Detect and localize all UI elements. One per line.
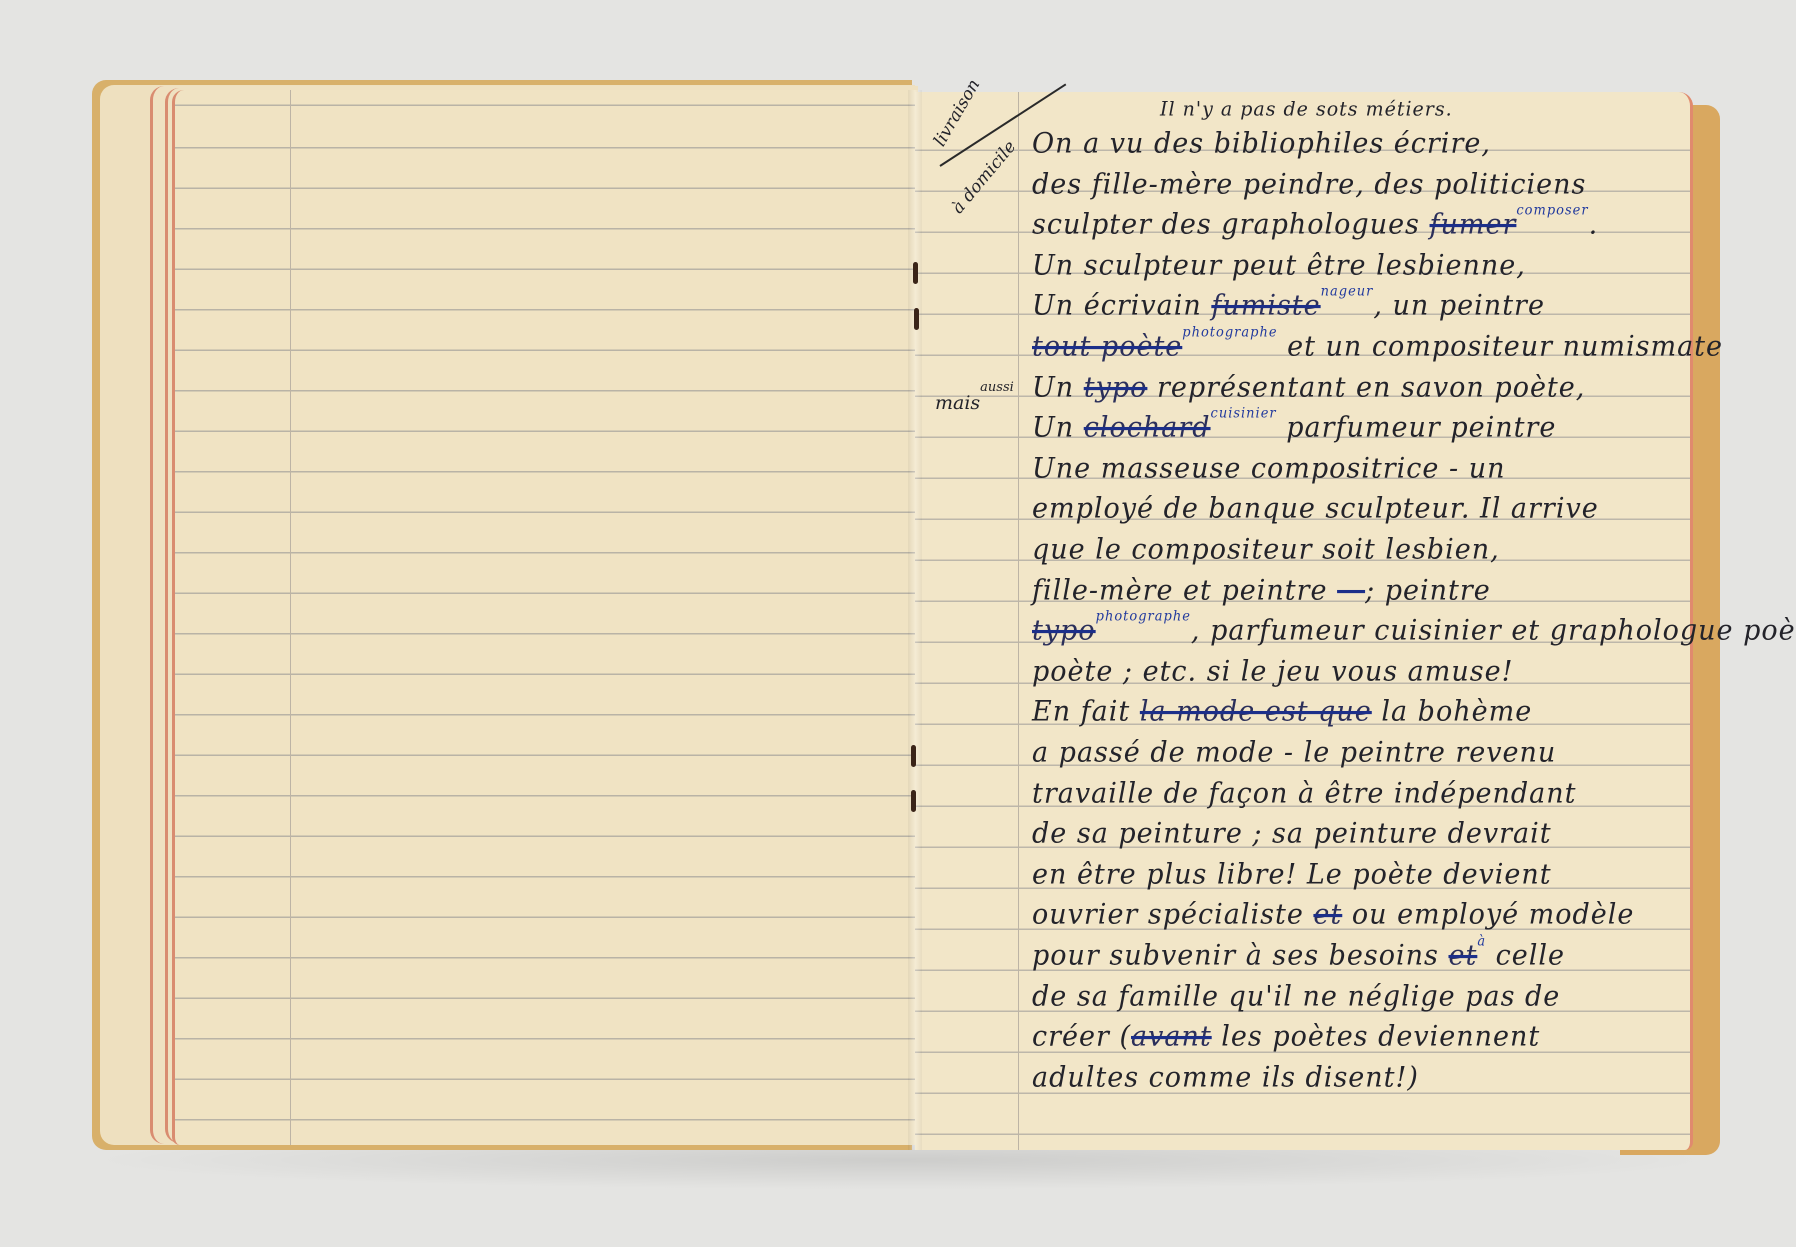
text-line: Un écrivain fumistenageur, un peintre <box>1032 290 1545 323</box>
notebook-spine <box>908 90 922 1150</box>
text-segment: de sa famille qu'il ne néglige pas de <box>1032 980 1560 1013</box>
text-segment: Un écrivain <box>1032 290 1211 323</box>
struck-word: et <box>1448 939 1477 972</box>
text-line: pour subvenir à ses besoins età celle <box>1032 939 1565 972</box>
text-segment: parfumeur peintre <box>1277 411 1557 444</box>
text-line: En fait la mode est que la bohème <box>1032 696 1532 729</box>
inserted-correction: composer <box>1516 203 1588 219</box>
text-line: Une masseuse compositrice - un <box>1032 452 1505 485</box>
text-segment: fille-mère et peintre <box>1032 574 1337 607</box>
text-segment: et un compositeur numismate <box>1278 330 1723 363</box>
text-segment: travaille de façon à être indépendant <box>1032 777 1577 810</box>
inserted-correction: à <box>1477 934 1486 950</box>
text-segment: en être plus libre! Le poète devient <box>1032 858 1552 891</box>
text-line: en être plus libre! Le poète devient <box>1032 858 1552 891</box>
text-segment: que le compositeur soit lesbien, <box>1032 533 1500 566</box>
text-line: ouvrier spécialiste et ou employé modèle <box>1032 899 1634 932</box>
text-segment: . <box>1589 208 1599 241</box>
inserted-correction: photographe <box>1182 325 1277 341</box>
struck-word: avant <box>1131 1020 1212 1053</box>
text-line: fille-mère et peintre —; peintre <box>1032 574 1491 607</box>
text-segment: employé de banque sculpteur. Il arrive <box>1032 493 1599 526</box>
margin-note-mid: maisaussi <box>935 392 1014 414</box>
text-segment: des fille-mère peindre, des politiciens <box>1032 168 1586 201</box>
struck-word: la mode est que <box>1140 696 1372 729</box>
text-line: Un clochardcuisinier parfumeur peintre <box>1032 411 1556 444</box>
text-line: poète ; etc. si le jeu vous amuse! <box>1032 655 1513 688</box>
text-segment: les poètes deviennent <box>1212 1020 1541 1053</box>
inserted-correction: photographe <box>1096 609 1191 625</box>
struck-word: — <box>1337 574 1365 607</box>
text-segment: On a vu des bibliophiles écrire, <box>1032 127 1491 160</box>
text-line: employé de banque sculpteur. Il arrive <box>1032 493 1599 526</box>
text-segment: Une masseuse compositrice - un <box>1032 452 1505 485</box>
text-line: des fille-mère peindre, des politiciens <box>1032 168 1586 201</box>
text-line: Un typo représentant en savon poète, <box>1032 371 1585 404</box>
text-segment: , un peintre <box>1373 290 1545 323</box>
text-line: adultes comme ils disent!) <box>1032 1061 1419 1094</box>
text-line: a passé de mode - le peintre revenu <box>1032 736 1556 769</box>
text-segment: En fait <box>1032 696 1140 729</box>
text-line: Un sculpteur peut être lesbienne, <box>1032 249 1526 282</box>
staple <box>914 308 919 330</box>
left-page <box>172 90 918 1145</box>
struck-word: typo <box>1084 371 1148 404</box>
text-line: de sa famille qu'il ne néglige pas de <box>1032 980 1560 1013</box>
right-page-margin-rule <box>1018 92 1019 1150</box>
text-segment: Un <box>1032 371 1084 404</box>
text-segment: celle <box>1486 939 1565 972</box>
text-segment: créer ( <box>1032 1020 1131 1053</box>
struck-word: clochard <box>1084 411 1211 444</box>
text-segment: Un sculpteur peut être lesbienne, <box>1032 249 1526 282</box>
left-page-margin-rule <box>290 90 291 1145</box>
text-segment: ; peintre <box>1365 574 1491 607</box>
staple <box>913 262 918 284</box>
text-segment: Un <box>1032 411 1084 444</box>
text-segment: a passé de mode - le peintre revenu <box>1032 736 1556 769</box>
struck-word: typo <box>1032 614 1096 647</box>
struck-word: fumer <box>1430 208 1517 241</box>
struck-word: et <box>1313 899 1342 932</box>
text-segment: adultes comme ils disent!) <box>1032 1061 1419 1094</box>
text-line: travaille de façon à être indépendant <box>1032 777 1577 810</box>
text-segment: pour subvenir à ses besoins <box>1032 939 1448 972</box>
text-segment: , parfumeur cuisinier et graphologue poè… <box>1191 614 1796 647</box>
struck-word: fumiste <box>1211 290 1320 323</box>
text-segment: ou employé modèle <box>1342 899 1634 932</box>
inserted-correction: cuisinier <box>1211 406 1277 422</box>
struck-word: tout poète <box>1032 330 1182 363</box>
staple <box>911 745 916 767</box>
text-line: typophotographe, parfumeur cuisinier et … <box>1032 614 1796 647</box>
text-line: de sa peinture ; sa peinture devrait <box>1032 817 1552 850</box>
text-line: On a vu des bibliophiles écrire, <box>1032 127 1491 160</box>
text-segment: poète ; etc. si le jeu vous amuse! <box>1032 655 1513 688</box>
text-segment: ouvrier spécialiste <box>1032 899 1313 932</box>
text-line: créer (avant les poètes deviennent <box>1032 1020 1540 1053</box>
text-segment: sculpter des graphologues <box>1032 208 1430 241</box>
text-line: tout poètephotographe et un compositeur … <box>1032 330 1723 363</box>
text-segment: représentant en savon poète, <box>1147 371 1585 404</box>
text-segment: la bohème <box>1372 696 1532 729</box>
inserted-correction: nageur <box>1321 284 1374 300</box>
text-line: sculpter des graphologues fumercomposer. <box>1032 208 1598 241</box>
page-title: Il n'y a pas de sots métiers. <box>1160 97 1453 120</box>
text-segment: de sa peinture ; sa peinture devrait <box>1032 817 1552 850</box>
text-line: que le compositeur soit lesbien, <box>1032 533 1500 566</box>
staple <box>911 790 916 812</box>
